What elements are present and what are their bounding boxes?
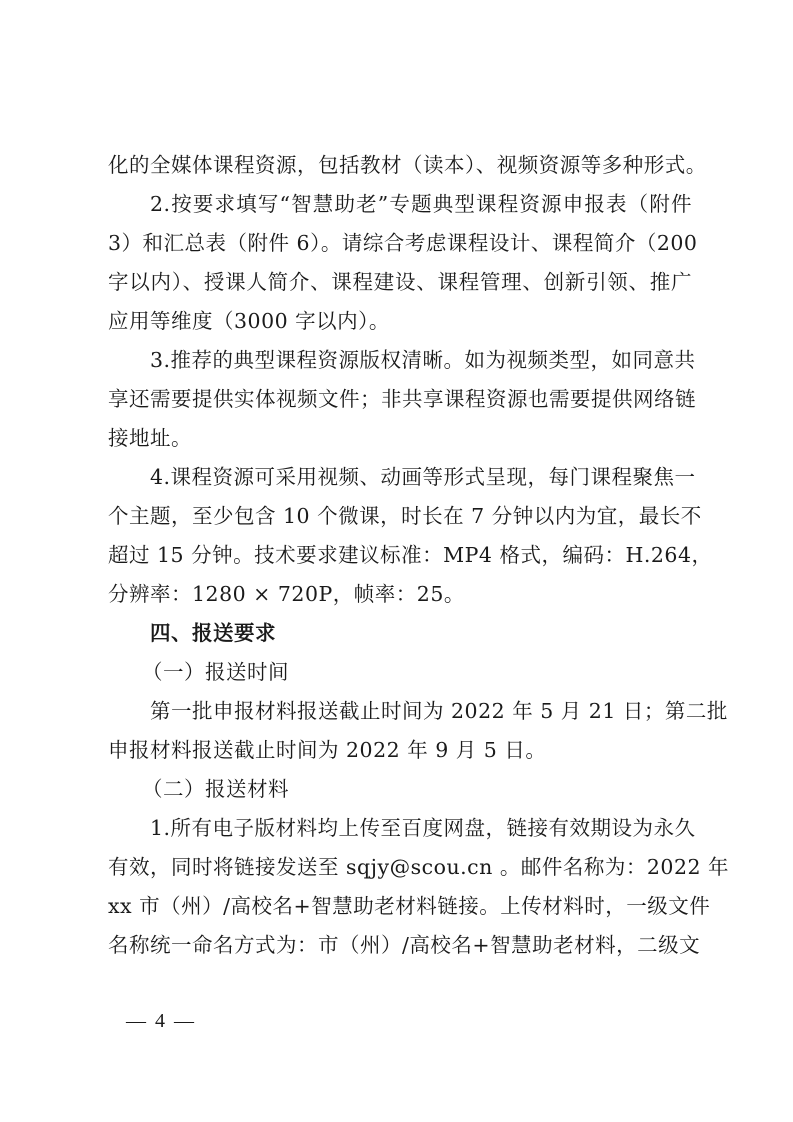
paragraph-line: 3.推荐的典型课程资源版权清晰。如为视频类型，如同意共 [108,341,692,380]
paragraph-line: 字以内）、授课人简介、课程建设、课程管理、创新引领、推广 [108,263,692,302]
paragraph-line: 申报材料报送截止时间为 2022 年 9 月 5 日。 [108,731,692,770]
paragraph-line: 1.所有电子版材料均上传至百度网盘，链接有效期设为永久 [108,809,692,848]
paragraph-line: 应用等维度（3000 字以内）。 [108,302,692,341]
section-heading: 四、报送要求 [108,614,692,653]
paragraph-line: 有效，同时将链接发送至 sqjy@scou.cn 。邮件名称为：2022 年 [108,848,692,887]
paragraph-line: 4.课程资源可采用视频、动画等形式呈现，每门课程聚焦一 [108,458,692,497]
document-body: 化的全媒体课程资源，包括教材（读本）、视频资源等多种形式。 2.按要求填写“智慧… [108,146,692,965]
paragraph-line: xx 市（州）/高校名+智慧助老材料链接。上传材料时，一级文件 [108,887,692,926]
paragraph-line: 个主题，至少包含 10 个微课，时长在 7 分钟以内为宜，最长不 [108,497,692,536]
paragraph-line: 名称统一命名方式为：市（州）/高校名+智慧助老材料，二级文 [108,926,692,965]
paragraph-line: 超过 15 分钟。技术要求建议标准：MP4 格式，编码：H.264， [108,536,692,575]
paragraph-line: 第一批申报材料报送截止时间为 2022 年 5 月 21 日；第二批 [108,692,692,731]
paragraph-line: 3）和汇总表（附件 6）。请综合考虑课程设计、课程简介（200 [108,224,692,263]
paragraph-line: 2.按要求填写“智慧助老”专题典型课程资源申报表（附件 [108,185,692,224]
paragraph-line: 享还需要提供实体视频文件；非共享课程资源也需要提供网络链 [108,380,692,419]
subsection-heading: （一）报送时间 [108,653,692,692]
subsection-heading: （二）报送材料 [108,770,692,809]
paragraph-line: 接地址。 [108,419,692,458]
paragraph-line: 化的全媒体课程资源，包括教材（读本）、视频资源等多种形式。 [108,146,692,185]
paragraph-line: 分辨率：1280 × 720P，帧率：25。 [108,575,692,614]
page-number: — 4 — [126,1010,196,1033]
